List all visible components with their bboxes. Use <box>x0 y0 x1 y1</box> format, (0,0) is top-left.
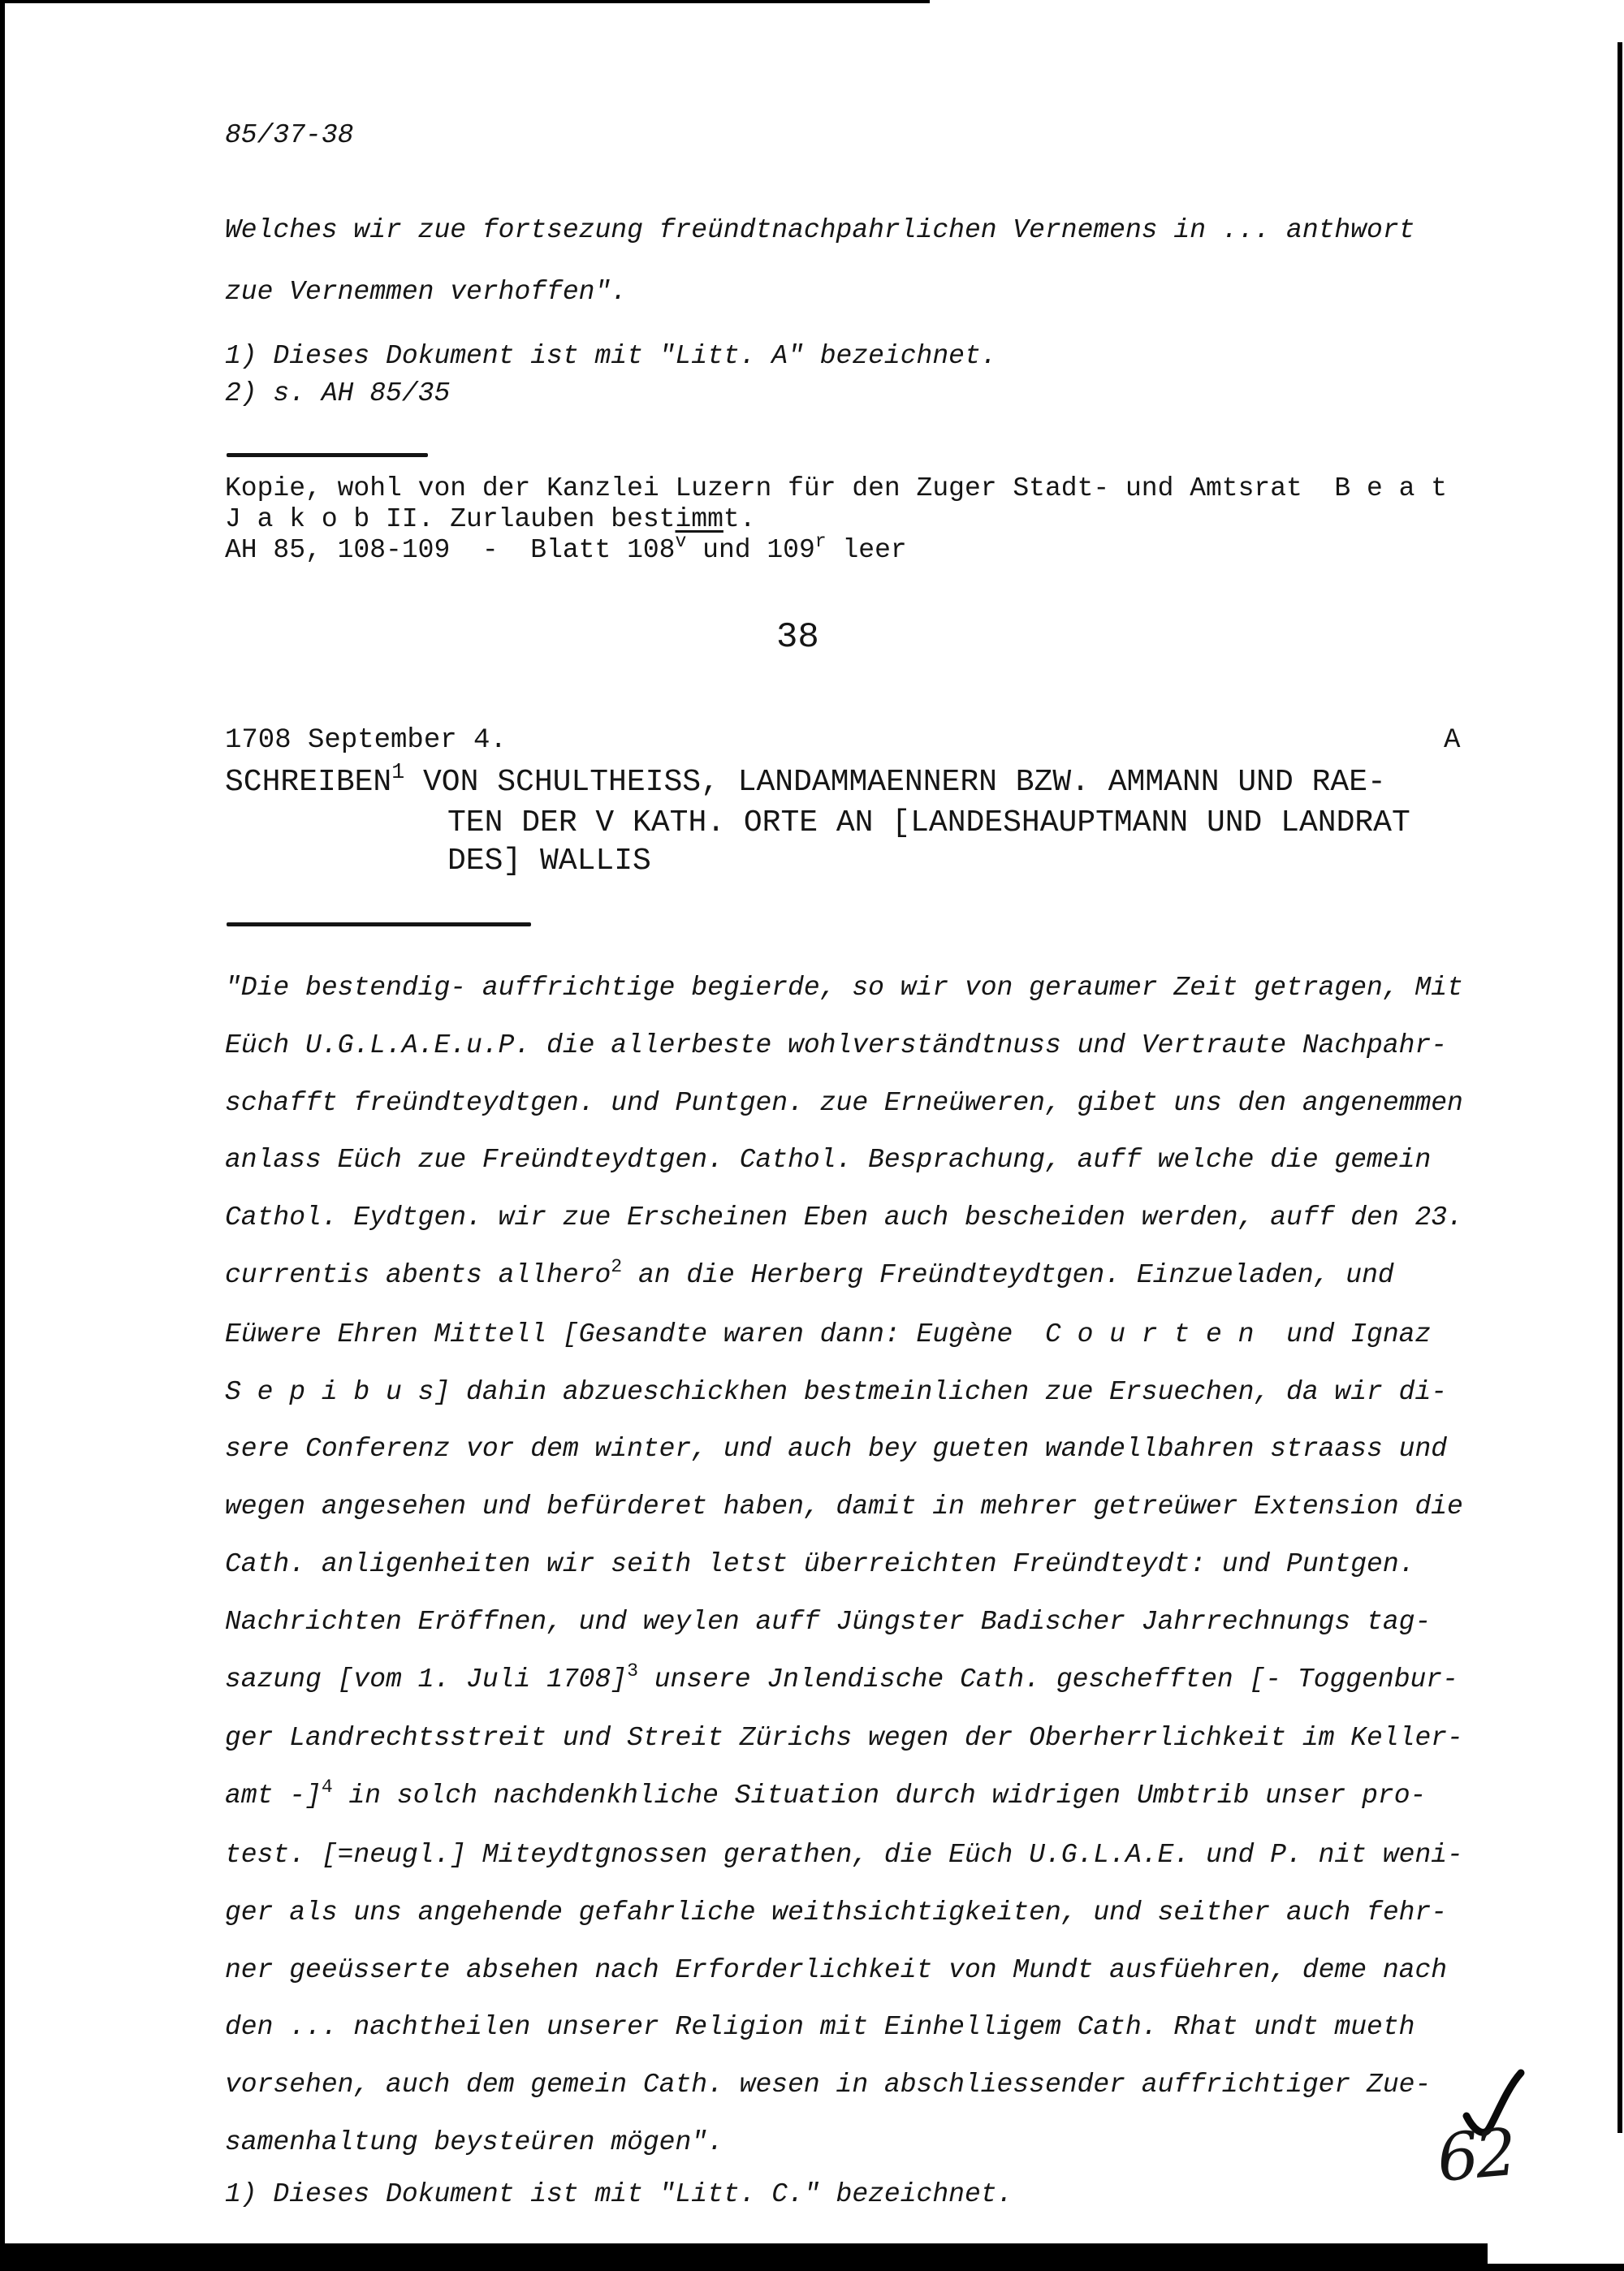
text-line: zue Vernemmen verhoffen". <box>225 261 1415 323</box>
entry-footnote: 1) Dieses Dokument ist mit "Litt. C." be… <box>225 2179 1013 2209</box>
text-line: TEN DER V KATH. ORTE AN [LANDESHAUPTMANN… <box>225 804 1410 842</box>
source-note: Kopie, wohl von der Kanzlei Luzern für d… <box>225 473 1447 568</box>
previous-entry-footnotes: 1) Dieses Dokument ist mit "Litt. A" bez… <box>225 338 997 412</box>
scan-border-top <box>0 0 930 3</box>
text-line: samenhaltung beysteüren mögen". <box>225 2114 1463 2172</box>
text-line: sere Conferenz vor dem winter, und auch … <box>225 1421 1463 1479</box>
text-line: Welches wir zue fortsezung freündtnachpa… <box>225 200 1415 261</box>
text-line: DES] WALLIS <box>225 842 1410 880</box>
text-line: anlass Eüch zue Freündteydtgen. Cathol. … <box>225 1132 1463 1189</box>
text-line: currentis abents allhero2 an die Herberg… <box>225 1247 1463 1306</box>
text-line: "Die bestendig- auffrichtige begierde, s… <box>225 960 1463 1017</box>
previous-entry-quote: Welches wir zue fortsezung freündtnachpa… <box>225 200 1415 323</box>
divider-rule-source-note <box>227 453 428 457</box>
text-line: Nachrichten Eröffnen, und weylen auff Jü… <box>225 1594 1463 1651</box>
text-line: sazung [vom 1. Juli 1708]3 unsere Jnlend… <box>225 1651 1463 1711</box>
scan-border-bottom-corner <box>1488 2264 1624 2271</box>
scan-border-bottom <box>0 2243 1488 2271</box>
entry-number: 38 <box>776 617 819 658</box>
text-line: amt -]4 in solch nachdenkhliche Situatio… <box>225 1768 1463 1827</box>
text-line: Cathol. Eydtgen. wir zue Erscheinen Eben… <box>225 1189 1463 1247</box>
text-line: 2) s. AH 85/35 <box>225 375 997 412</box>
scan-border-left <box>0 0 5 2271</box>
divider-rule-entry <box>227 922 531 926</box>
entry-siglum: A <box>1444 725 1460 756</box>
text-line: test. [=neugl.] Miteydtgnossen gerathen,… <box>225 1827 1463 1885</box>
text-line: ger als uns angehende gefahrliche weiths… <box>225 1885 1463 1942</box>
text-line: schafft freündteydtgen. und Puntgen. zue… <box>225 1075 1463 1133</box>
text-line: SCHREIBEN1 VON SCHULTHEISS, LANDAMMAENNE… <box>225 763 1410 804</box>
text-line: Eüch U.G.L.A.E.u.P. die allerbeste wohlv… <box>225 1017 1463 1075</box>
text-line: ger Landrechtsstreit und Streit Zürichs … <box>225 1710 1463 1768</box>
entry-quote-body: "Die bestendig- auffrichtige begierde, s… <box>225 960 1463 2172</box>
text-line: S e p i b u s] dahin abzueschickhen best… <box>225 1364 1463 1422</box>
text-line: Kopie, wohl von der Kanzlei Luzern für d… <box>225 473 1447 504</box>
text-line: wegen angesehen und befürderet haben, da… <box>225 1479 1463 1536</box>
text-line: Cath. anligenheiten wir seith letst über… <box>225 1536 1463 1594</box>
text-line: ner geeüsserte absehen nach Erforderlich… <box>225 1942 1463 2000</box>
text-line: Eüwere Ehren Mittell [Gesandte waren dan… <box>225 1306 1463 1364</box>
entry-date: 1708 September 4. <box>225 725 507 756</box>
text-line: AH 85, 108-109 - Blatt 108v und 109r lee… <box>225 535 1447 568</box>
document-page: 85/37-38 Welches wir zue fortsezung freü… <box>0 0 1624 2271</box>
text-line: 1) Dieses Dokument ist mit "Litt. A" bez… <box>225 338 997 375</box>
text-line: J a k o b II. Zurlauben bestimmt. <box>225 504 1447 535</box>
text-line: den ... nachtheilen unserer Religion mit… <box>225 1999 1463 2057</box>
handwritten-page-number: 62 <box>1434 2114 1517 2196</box>
entry-title: SCHREIBEN1 VON SCHULTHEISS, LANDAMMAENNE… <box>225 763 1410 880</box>
scan-border-right <box>1618 42 1622 2133</box>
archive-reference: 85/37-38 <box>225 120 353 150</box>
text-line: vorsehen, auch dem gemein Cath. wesen in… <box>225 2057 1463 2114</box>
